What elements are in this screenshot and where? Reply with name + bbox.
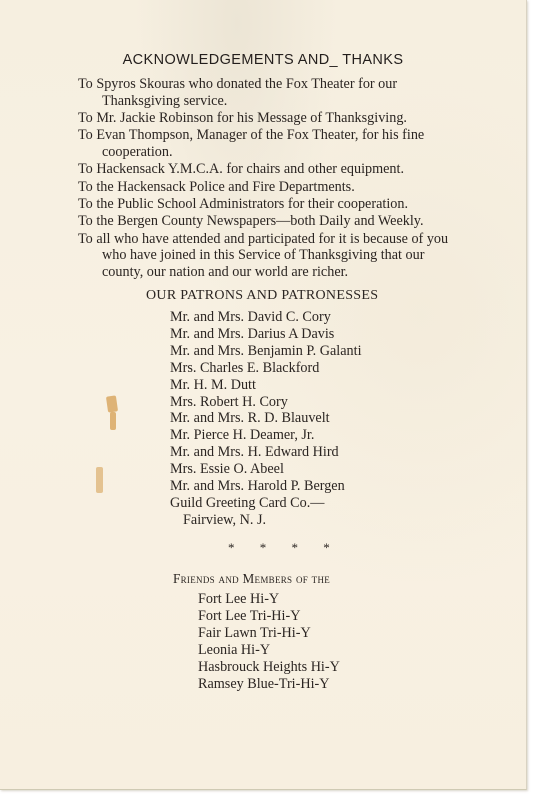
page-title: ACKNOWLEDGEMENTS AND_ THANKS — [0, 52, 526, 68]
list-item: Mrs. Essie O. Abeel — [170, 461, 362, 478]
stain-mark — [106, 395, 118, 412]
list-item: Guild Greeting Card Co.— — [170, 495, 362, 512]
stain-mark — [110, 412, 116, 430]
list-item: Mr. Pierce H. Deamer, Jr. — [170, 427, 362, 444]
patrons-heading: OUR PATRONS AND PATRONESSES — [146, 288, 378, 304]
list-item: To Spyros Skouras who donated the Fox Th… — [78, 76, 468, 110]
separator-asterisks: * * * * — [228, 540, 341, 556]
friends-list: Fort Lee Hi-Y Fort Lee Tri-Hi-Y Fair Law… — [198, 591, 340, 692]
list-item: Mr. and Mrs. Darius A Davis — [170, 326, 362, 343]
list-item: Mr. H. M. Dutt — [170, 377, 362, 394]
list-item: Ramsey Blue-Tri-Hi-Y — [198, 676, 340, 693]
list-item: Mr. and Mrs. H. Edward Hird — [170, 444, 362, 461]
list-item: Leonia Hi-Y — [198, 642, 340, 659]
list-item: To Evan Thompson, Manager of the Fox The… — [78, 127, 468, 161]
list-item: To the Public School Administrators for … — [78, 196, 468, 213]
list-item: To all who have attended and participate… — [78, 231, 468, 281]
list-item: Mr. and Mrs. David C. Cory — [170, 309, 362, 326]
friends-heading: Friends and Members of the — [173, 571, 330, 587]
list-item: Fairview, N. J. — [170, 512, 362, 529]
list-item: To the Bergen County Newspapers—both Dai… — [78, 213, 468, 230]
list-item: Mr. and Mrs. Harold P. Bergen — [170, 478, 362, 495]
list-item: Mrs. Charles E. Blackford — [170, 360, 362, 377]
list-item: Mr. and Mrs. R. D. Blauvelt — [170, 410, 362, 427]
list-item: Mrs. Robert H. Cory — [170, 394, 362, 411]
acknowledgements-list: To Spyros Skouras who donated the Fox Th… — [78, 76, 468, 282]
list-item: Fair Lawn Tri-Hi-Y — [198, 625, 340, 642]
list-item: To the Hackensack Police and Fire Depart… — [78, 179, 468, 196]
list-item: Mr. and Mrs. Benjamin P. Galanti — [170, 343, 362, 360]
patrons-list: Mr. and Mrs. David C. Cory Mr. and Mrs. … — [170, 309, 362, 529]
stain-mark — [96, 467, 103, 493]
list-item: To Hackensack Y.M.C.A. for chairs and ot… — [78, 161, 468, 178]
paper-page: ACKNOWLEDGEMENTS AND_ THANKS To Spyros S… — [0, 0, 527, 790]
list-item: Fort Lee Tri-Hi-Y — [198, 608, 340, 625]
list-item: Fort Lee Hi-Y — [198, 591, 340, 608]
list-item: Hasbrouck Heights Hi-Y — [198, 659, 340, 676]
list-item: To Mr. Jackie Robinson for his Message o… — [78, 110, 468, 127]
